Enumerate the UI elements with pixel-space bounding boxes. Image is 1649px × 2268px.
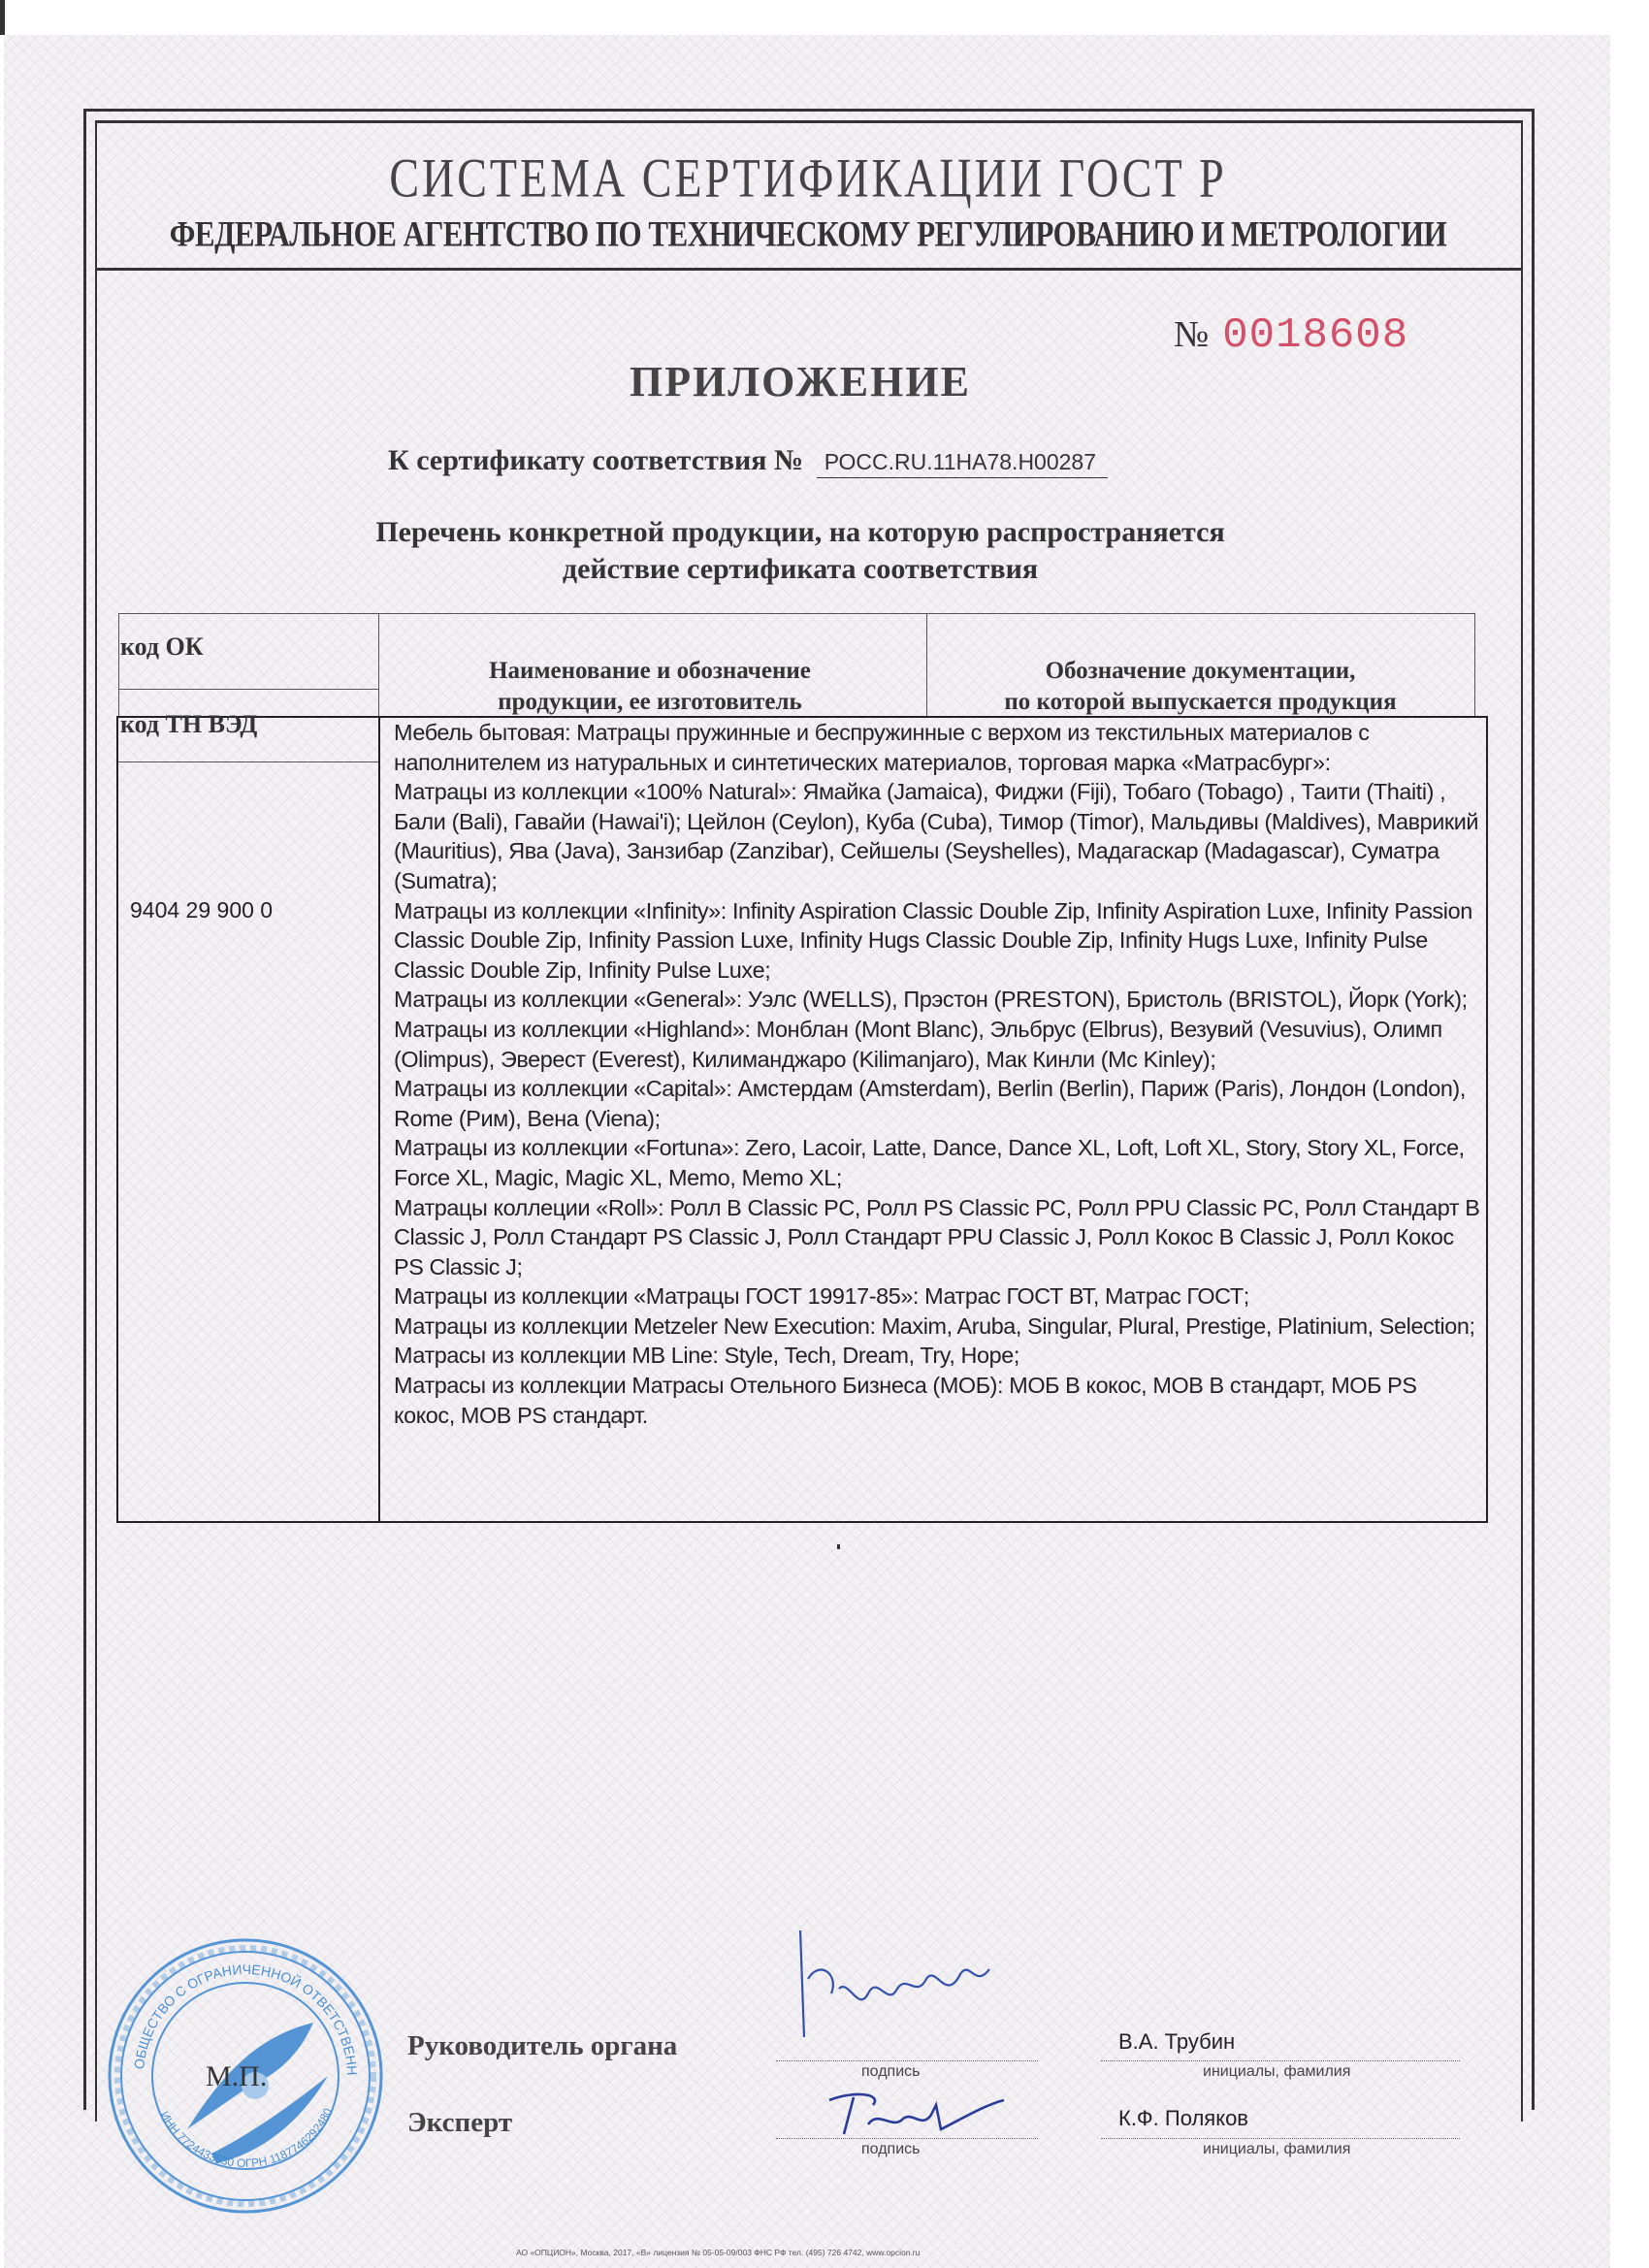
expert-name-line [1101, 2138, 1460, 2139]
header-documentation-line2: по которой выпускается продукция [926, 687, 1474, 718]
scan-edge [0, 0, 5, 35]
header-product-name-line2: продукции, ее изготовитель [378, 687, 921, 718]
head-name: В.А. Трубин [1118, 2029, 1235, 2055]
header-documentation-line1: Обозначение документации, [926, 656, 1474, 687]
table-header-top-rule [118, 613, 1474, 614]
expert-name: К.Ф. Поляков [1118, 2106, 1248, 2131]
table-divider [378, 716, 380, 1521]
head-signature-icon [781, 1921, 1004, 2057]
agency-title: ФЕДЕРАЛЬНОЕ АГЕНТСТВО ПО ТЕХНИЧЕСКОМУ РЕ… [95, 213, 1521, 255]
expert-signature-icon [815, 2086, 1009, 2144]
table-divider [118, 613, 119, 718]
product-entry: Матрацы из коллекции «Capital»: Амстерда… [394, 1074, 1480, 1133]
product-entry: Мебель бытовая: Матрацы пружинные и бесп… [394, 718, 1480, 777]
product-entry: Матрацы из коллекции «General»: Уэлс (WE… [394, 985, 1480, 1015]
expert-signature-line [776, 2138, 1038, 2139]
expert-role-label: Эксперт [407, 2107, 512, 2139]
form-number: №0018608 [1174, 308, 1408, 360]
product-list: Мебель бытовая: Матрацы пружинные и бесп… [394, 718, 1480, 1430]
product-entry: Матрацы коллеции «Roll»: Ролл В Classic … [394, 1193, 1480, 1282]
expert-signature-caption: подпись [861, 2141, 920, 2158]
table-divider [118, 689, 378, 690]
header-code-ok: код ОК [120, 632, 204, 662]
head-name-caption: инициалы, фамилия [1203, 2063, 1350, 2081]
product-entry: Матрацы из коллекции Metzeler New Execut… [394, 1312, 1480, 1342]
stray-mark [837, 1544, 840, 1549]
product-entry: Матрацы из коллекции «Матрацы ГОСТ 19917… [394, 1281, 1480, 1312]
head-signature-line [776, 2060, 1038, 2061]
annex-title: ПРИЛОЖЕНИЕ [0, 357, 1600, 406]
product-entry: Матрасы из коллекции MB Line: Style, Tec… [394, 1341, 1480, 1371]
printer-footer: АО «ОПЦИОН», Москва, 2017, «В» лицензия … [516, 2248, 920, 2257]
header-documentation: Обозначение документации, по которой вып… [926, 656, 1474, 718]
header-divider [95, 268, 1521, 271]
list-heading-line1: Перечень конкретной продукции, на котору… [0, 514, 1600, 551]
header-code-tnved: код ТН ВЭД [120, 710, 257, 739]
product-entry: Матрацы из коллекции «Fortuna»: Zero, La… [394, 1133, 1480, 1192]
certificate-reference: К сертификату соответствия № РОСС.RU.11Н… [388, 444, 1108, 478]
system-title: СИСТЕМА СЕРТИФИКАЦИИ ГОСТ Р [95, 146, 1521, 210]
head-signature-caption: подпись [861, 2063, 920, 2081]
expert-name-caption: инициалы, фамилия [1203, 2141, 1350, 2158]
product-entry: Матрацы из коллекции «Highland»: Монблан… [394, 1015, 1480, 1074]
certificate-number: РОСС.RU.11НА78.Н00287 [817, 449, 1108, 478]
head-role-label: Руководитель органа [407, 2030, 677, 2062]
form-number-value: 0018608 [1222, 311, 1408, 360]
header-product-name: Наименование и обозначение продукции, ее… [378, 656, 921, 718]
product-entry: Матрацы из коллекции «Infinity»: Infinit… [394, 896, 1480, 986]
head-name-line [1101, 2060, 1460, 2061]
list-heading-line2: действие сертификата соответствия [0, 551, 1600, 588]
header-product-name-line1: Наименование и обозначение [378, 656, 921, 687]
certificate-reference-label: К сертификату соответствия № [388, 444, 803, 476]
product-entry: Матрацы из коллекции «100% Natural»: Яма… [394, 777, 1480, 895]
number-sign: № [1174, 314, 1209, 355]
list-heading: Перечень конкретной продукции, на котору… [0, 514, 1600, 588]
tnved-code-value: 9404 29 900 0 [130, 897, 273, 923]
table-divider [1474, 613, 1475, 718]
stamp-place-label: М.П. [206, 2060, 267, 2093]
product-entry: Матрасы из коллекции Матрасы Отельного Б… [394, 1371, 1480, 1430]
